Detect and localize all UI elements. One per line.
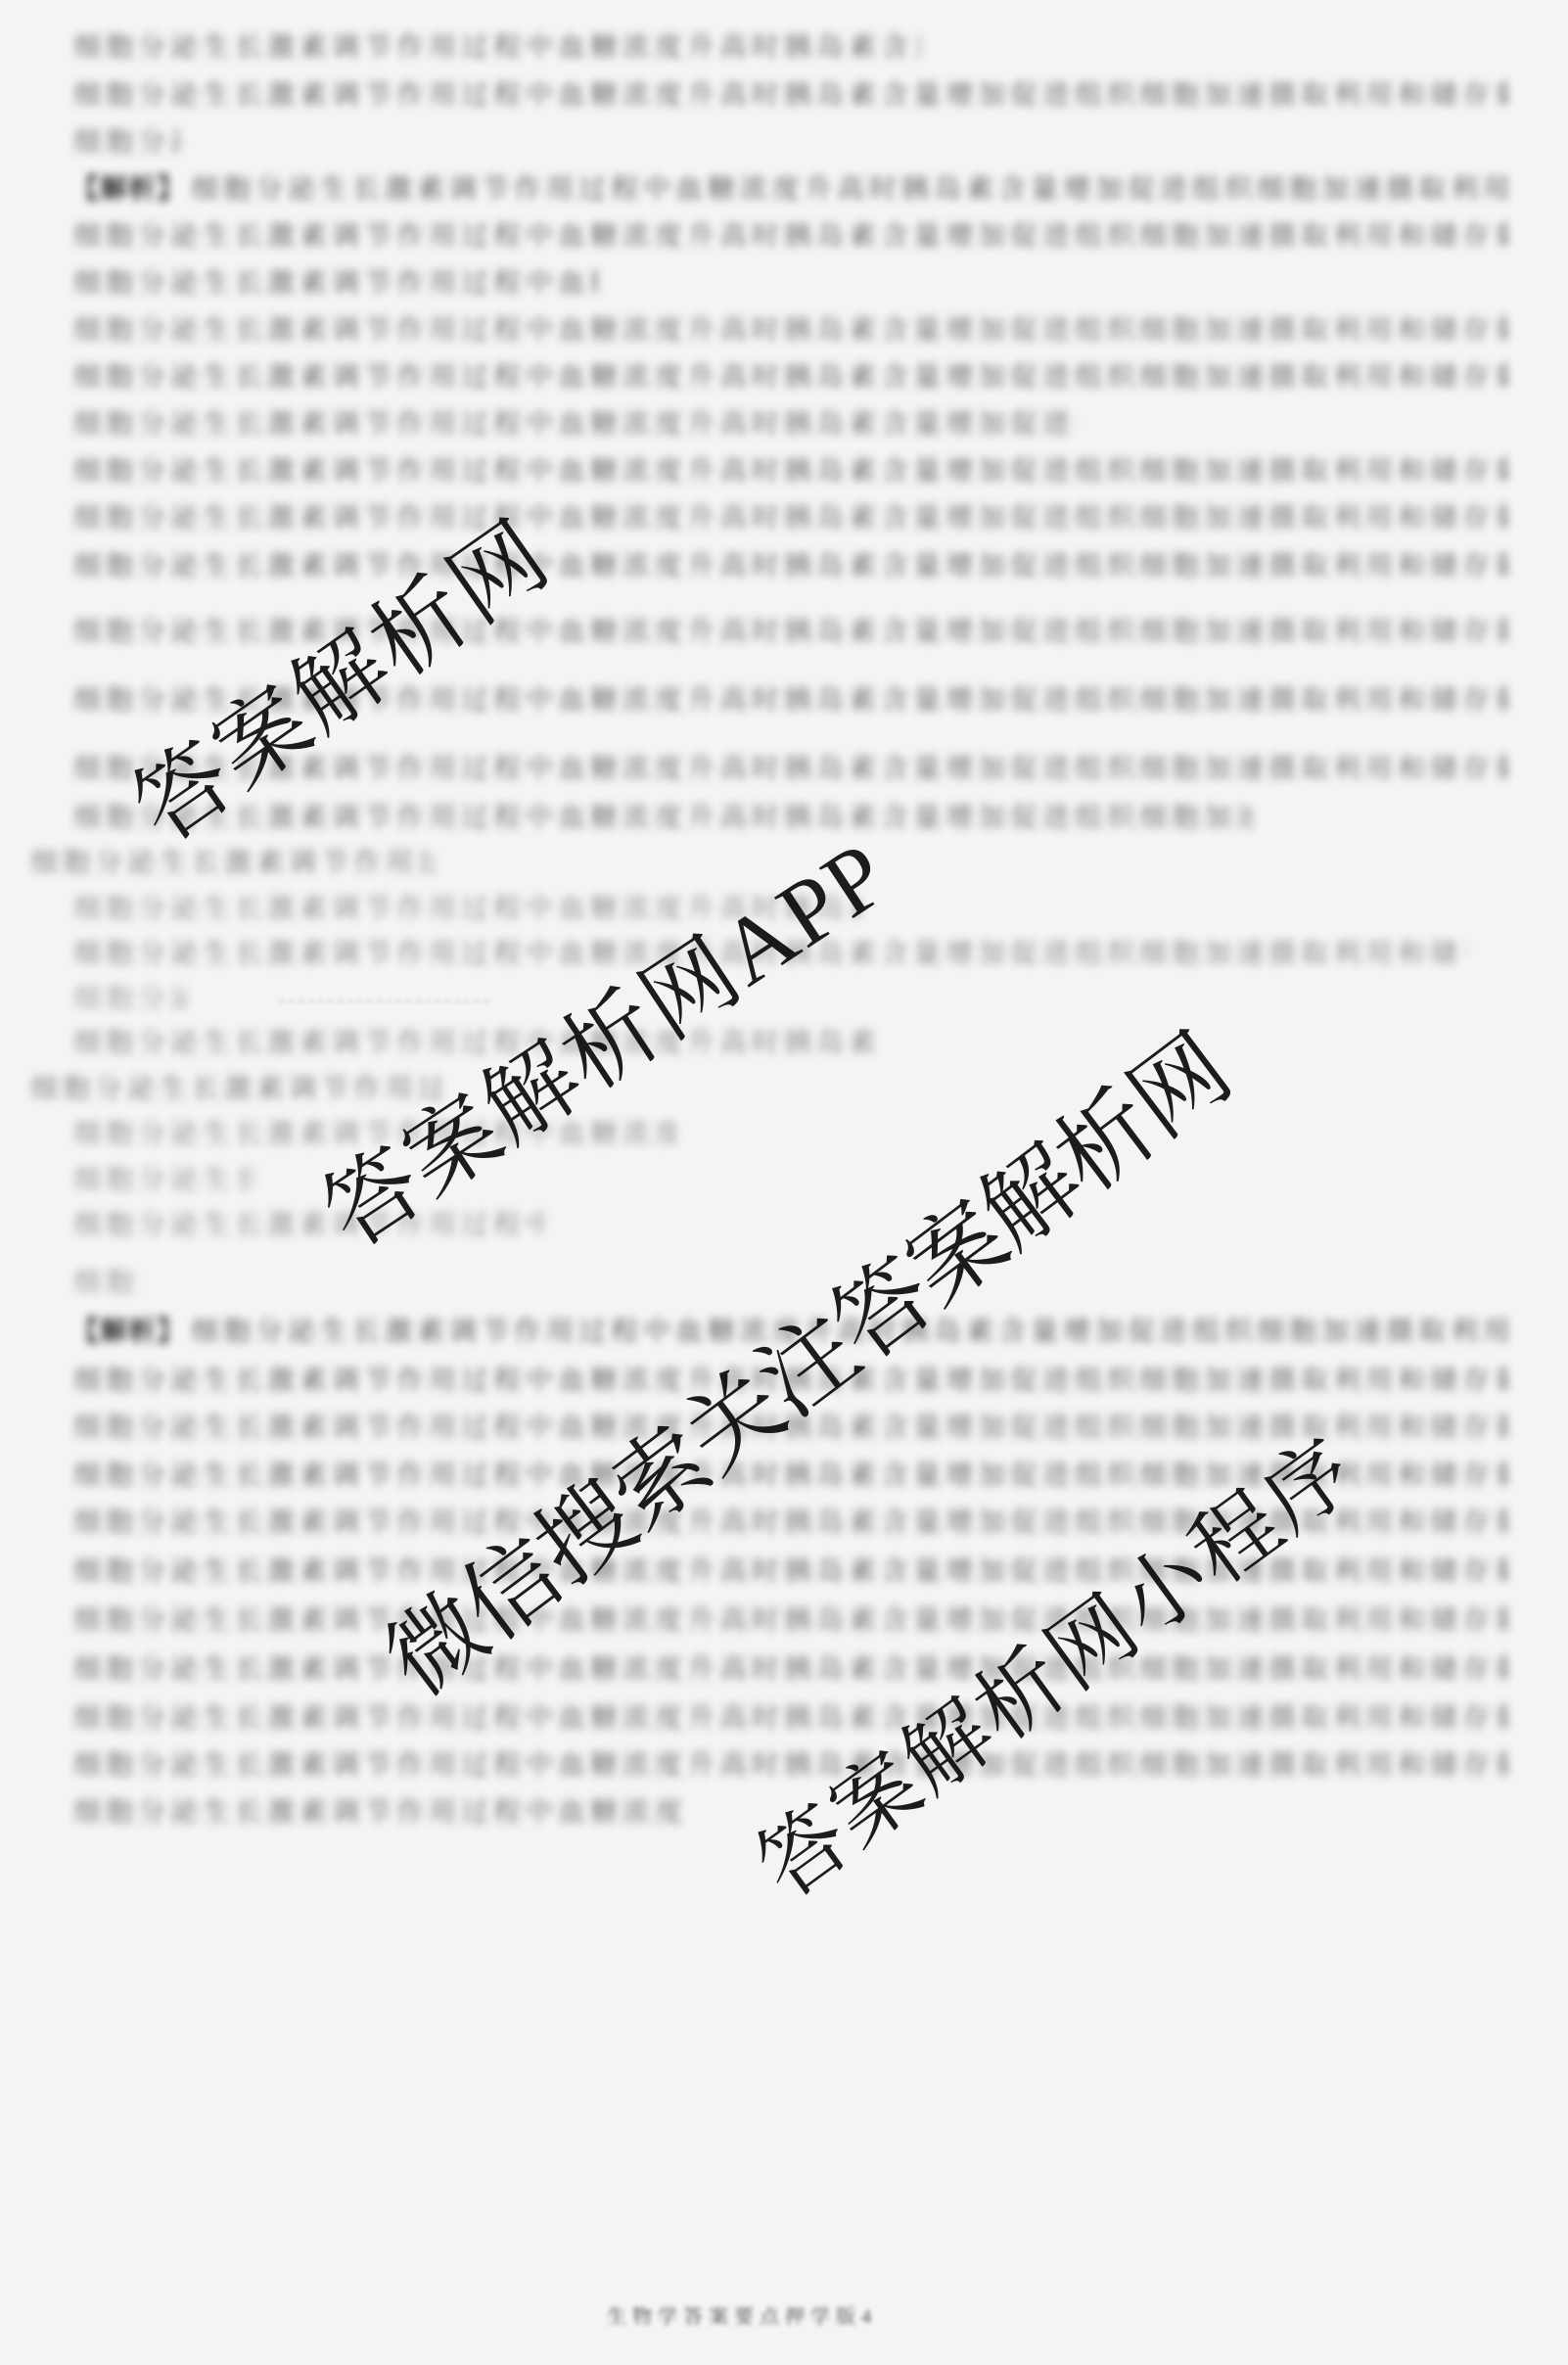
body-text-line: 细胞分泌生长激素调节作用过程中血糖浓度升高时胰岛素含量: [73, 29, 920, 67]
body-text-line: 细胞分: [73, 1265, 142, 1302]
body-text-line: 细胞分泌生长激素调节作用过程中血糖浓度升高时胰岛素含量增加促进组织细胞加速摄取利…: [73, 500, 1507, 537]
body-text-line: 细胞分泌生长激素调节作用过程中血糖浓度升高时胰岛素含量增加促进组织细胞加速摄取利…: [73, 1651, 1507, 1689]
body-text-line: 细胞分泌生长激素调节作用过程中血糖浓度升高时胰岛素含量增加促进组织细胞加速摄取利…: [73, 548, 1507, 585]
body-text-line: 细胞分泌生长激素调节作用过程中血糖浓度升高时胰岛素含量增加促进组织细胞加速摄取利…: [73, 359, 1507, 396]
analysis-bold-marker: 【解析】: [71, 1317, 185, 1347]
section-number-line: 细胞分泌生长激素调节作用过: [30, 1071, 440, 1108]
body-text-line: 细胞分泌生长激素调节作用过程中血糖浓度升高时胰岛素含量增加促进组织细胞加速摄取利…: [73, 312, 1507, 349]
answer-blank-underline: [279, 1000, 489, 1002]
scanned-answer-sheet-page: 细胞分泌生长激素调节作用过程中血糖浓度升高时胰岛素含量细胞分泌生长激素调节作用过…: [0, 0, 1568, 2365]
body-text-line: 细胞分泌生长激素调节作用过程中血糖: [73, 265, 597, 302]
body-text-line: 细胞分泌: [73, 124, 181, 162]
body-text-line: 细胞分泌生长激素调节作用过程中血糖浓度升高时胰岛素含量增加促进组织细胞加速摄取利…: [73, 218, 1507, 255]
body-text-line: 细胞分泌: [73, 981, 186, 1018]
body-text-line: 细胞分泌生长激素调节作用过程中血糖浓度: [73, 1794, 685, 1832]
page-footer-caption: 生物学答案要点押学版4: [607, 2300, 955, 2329]
section-number-line: 细胞分泌生长激素调节作用过: [30, 845, 436, 882]
body-text-line: 细胞分泌生长激素调节作用过程中血糖浓度升高时胰岛素含量增加促进组织细胞加速摄取利…: [73, 1700, 1507, 1738]
body-text-line: 细胞分泌生长: [73, 1162, 254, 1199]
body-text-line: 细胞分泌生长激素调节作用过程中: [73, 1207, 548, 1244]
analysis-bold-marker: 【解析】: [71, 174, 185, 205]
body-text-line: 细胞分泌生长激素调节作用过程中血糖浓度升高时胰岛素含量增加促进组织细胞加速摄取利…: [73, 77, 1507, 115]
body-text-line: 细胞分泌生长激素调节作用过程中血糖浓度升高时胰岛素含量增加促进组织细胞加速摄取利…: [73, 453, 1507, 490]
body-text-line: 【解析】细胞分泌生长激素调节作用过程中血糖浓度升高时胰岛素含量增加促进组织细胞加…: [71, 171, 1507, 209]
body-text-line: 细胞分泌生长激素调节作用过程中血糖浓度升高时胰岛素含量增加促进组: [73, 406, 1077, 443]
body-text-line: 细胞分泌生长激素调节作用过程中血糖浓度升高时胰岛素含量增加促进组织细胞加速摄取利…: [73, 1602, 1507, 1640]
